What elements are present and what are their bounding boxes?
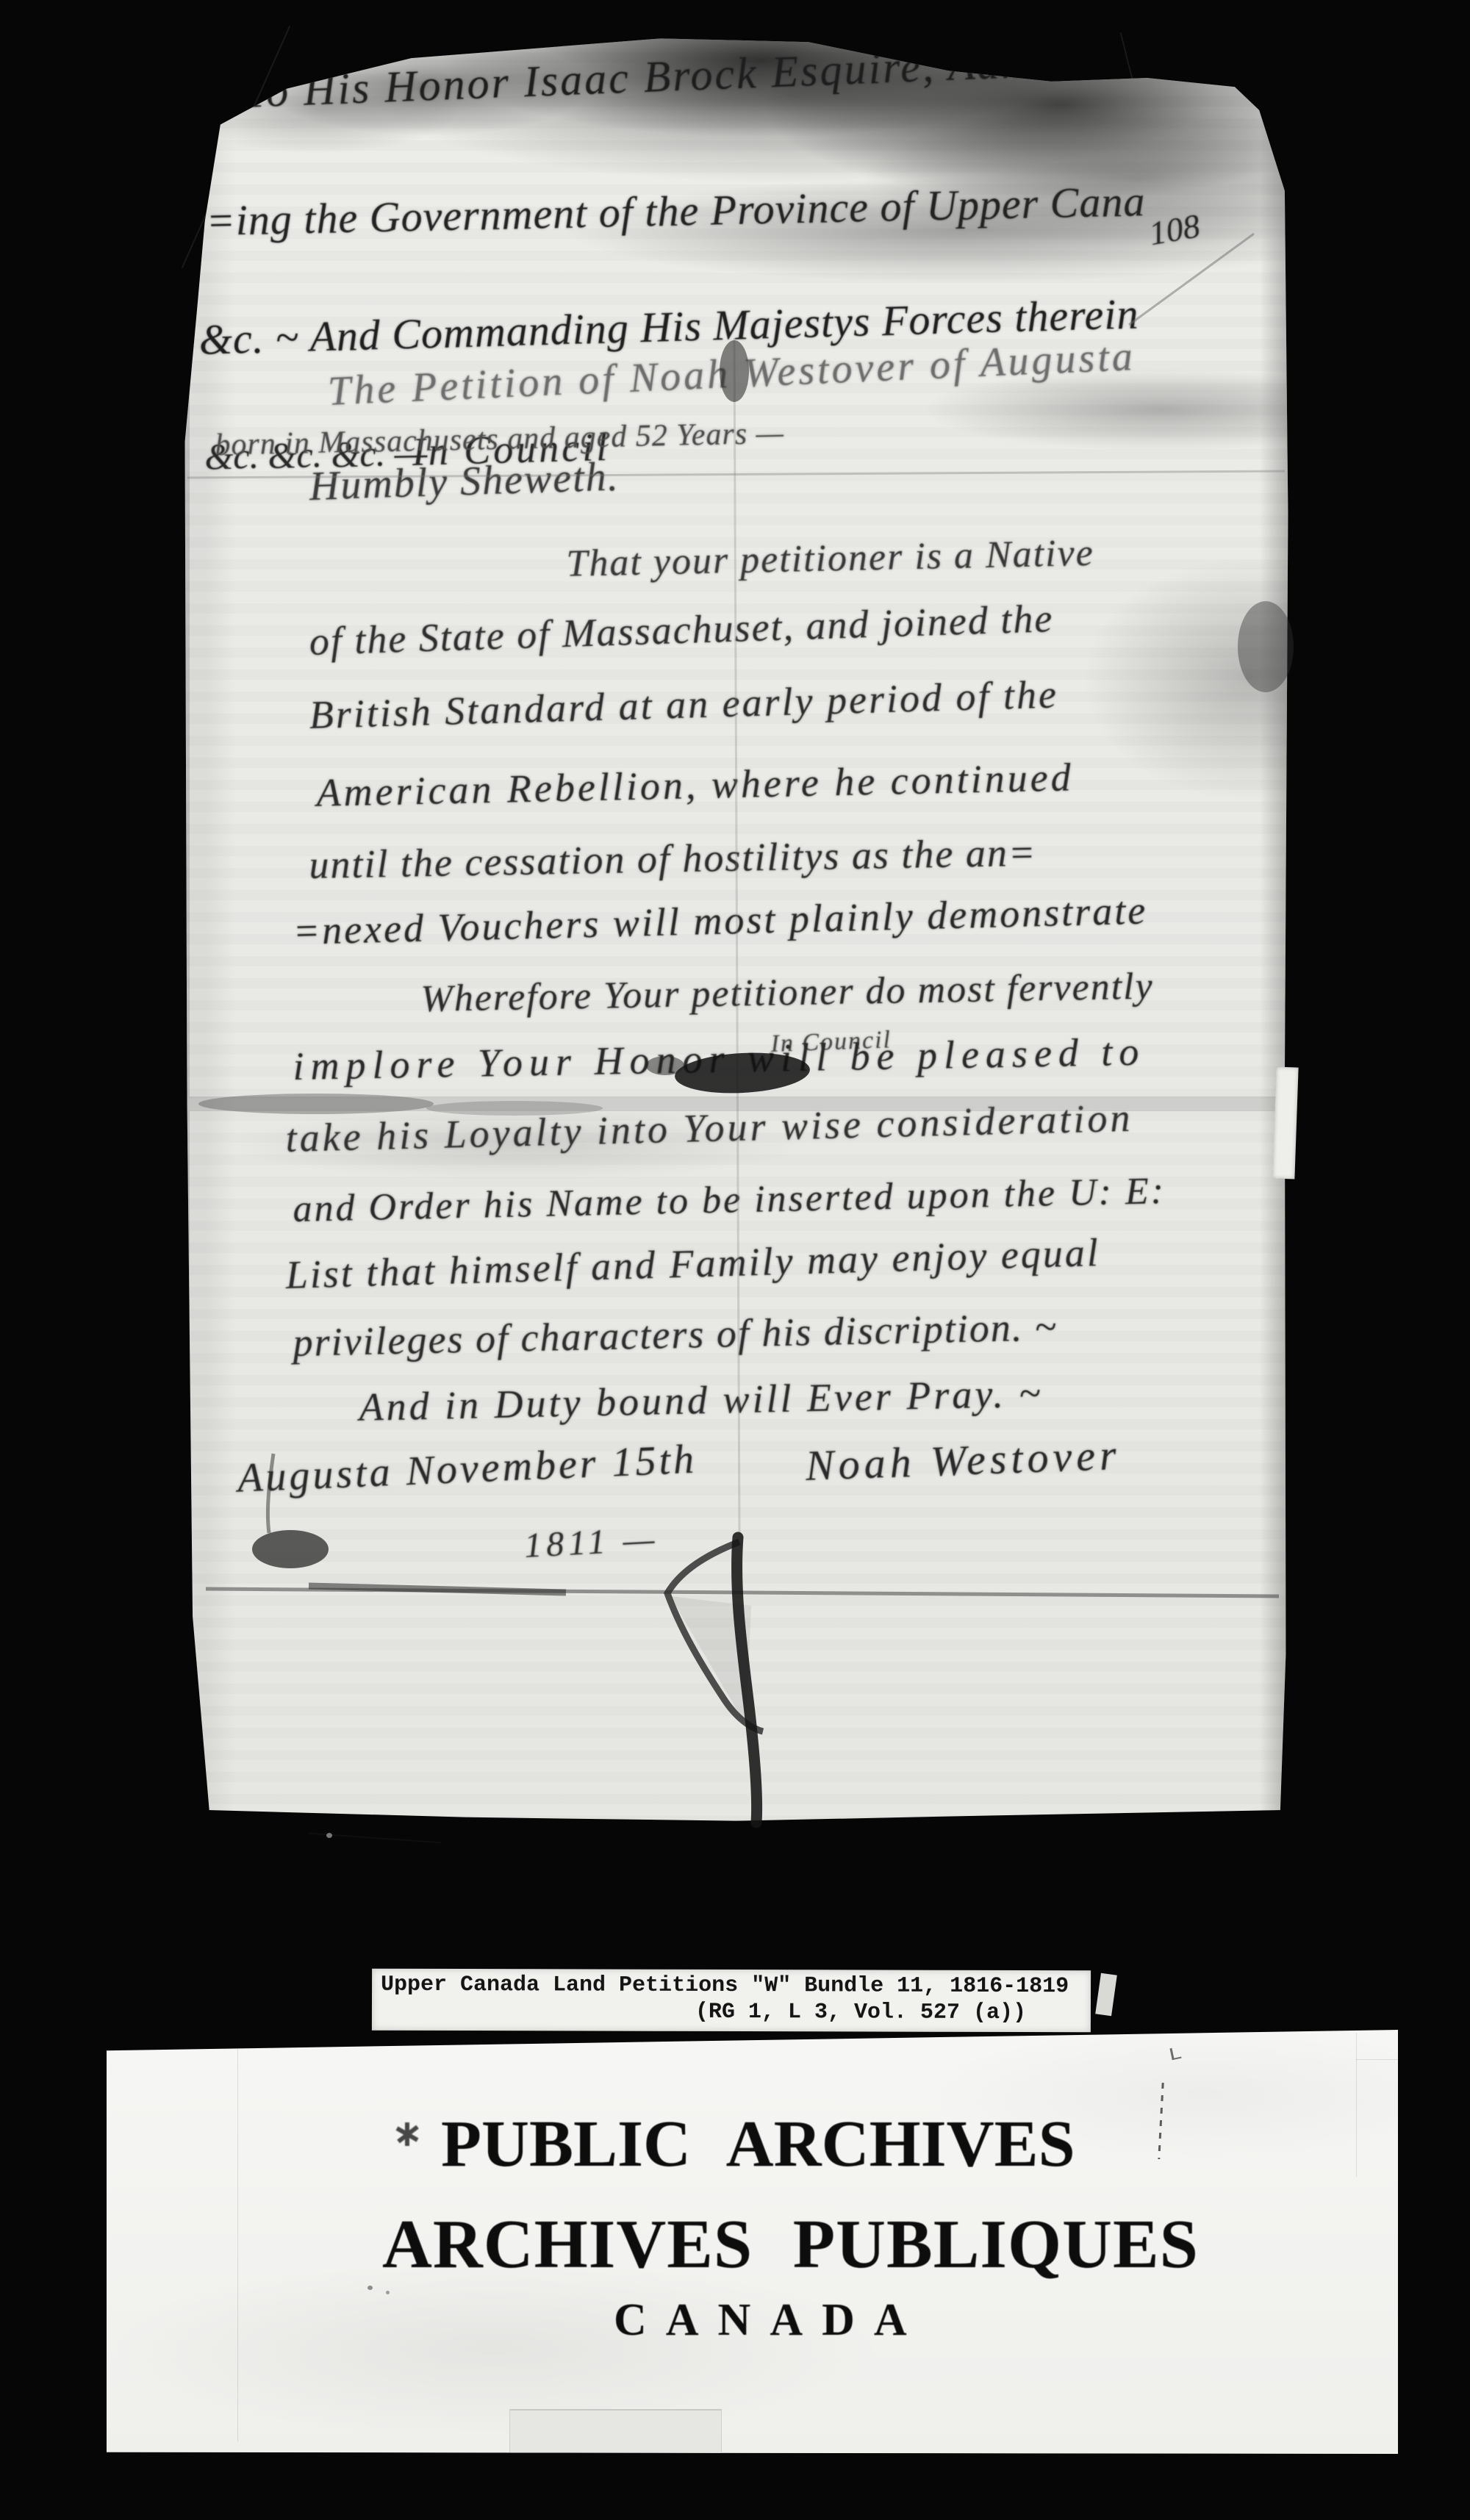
- microfilm-scan: To His Honor Isaac Brock Esquire, Admini…: [0, 0, 1470, 2520]
- handwritten-line-body-6: =nexed Vouchers will most plainly demons…: [293, 891, 1148, 951]
- signature: Noah Westover: [805, 1434, 1121, 1487]
- card-title-fr: ARCHIVES PUBLIQUES: [382, 2205, 1199, 2284]
- card-grey-tab: [509, 2409, 722, 2455]
- card-crease: [1356, 2059, 1398, 2060]
- handwritten-line-body-1: That your petitioner is a Native: [566, 534, 1094, 584]
- card-crease: [237, 2030, 238, 2441]
- handwritten-line-prayer-4: and Order his Name to be inserted upon t…: [293, 1172, 1166, 1229]
- handwritten-line-body-3: British Standard at an early period of t…: [309, 675, 1059, 735]
- pencil-tick-mark: [1169, 2047, 1181, 2060]
- typed-reference-label: Upper Canada Land Petitions "W" Bundle 1…: [372, 1969, 1091, 2033]
- handwritten-line-prayer-2: implore Your Honor will be pleased to: [293, 1032, 1146, 1086]
- card-crease: [1356, 2033, 1357, 2177]
- handwritten-line-prayer-1: Wherefore Your petitioner do most ferven…: [420, 968, 1154, 1019]
- dashed-pencil-mark: [1158, 2083, 1164, 2159]
- ink-dot: [367, 2286, 373, 2290]
- ink-dot: [386, 2291, 390, 2294]
- page-number: 108: [1147, 209, 1202, 251]
- handwritten-line-address-2: =ing the Government of the Province of U…: [206, 180, 1146, 243]
- tape-tab: [1272, 1067, 1298, 1180]
- handwritten-place-date: Augusta November 15th: [237, 1439, 698, 1499]
- handwritten-line-humbly-sheweth: Humbly Sheweth.: [309, 456, 620, 507]
- handwritten-line-address-1: To His Honor Isaac Brock Esquire, Admini…: [243, 35, 1181, 115]
- handwritten-year: 1811 —: [523, 1521, 659, 1564]
- handwritten-line-body-2: of the State of Massachuset, and joined …: [309, 598, 1054, 661]
- handwritten-line-body-4: American Rebellion, where he continued: [316, 757, 1074, 813]
- petition-page: To His Honor Isaac Brock Esquire, Admini…: [184, 33, 1294, 1826]
- reference-label-line-2: (RG 1, L 3, Vol. 527 (a)): [695, 2000, 1026, 2025]
- reference-label-line-1: Upper Canada Land Petitions "W" Bundle 1…: [381, 1972, 1069, 1999]
- film-speck: [326, 1833, 332, 1838]
- handwritten-line-prayer-6: privileges of characters of his discript…: [293, 1307, 1058, 1363]
- handwritten-line-born: born in Massachusets and aged 52 Years —: [215, 418, 784, 461]
- asterisk-mark-icon: [392, 2118, 423, 2150]
- handwritten-line-prayer-3: take his Loyalty into Your wise consider…: [285, 1098, 1133, 1158]
- card-title-en: PUBLIC ARCHIVES: [441, 2106, 1075, 2182]
- paper-fragment: [1095, 1973, 1117, 2017]
- handwritten-line-prayer-5: List that himself and Family may enjoy e…: [285, 1232, 1100, 1295]
- card-title-country: CANADA: [614, 2294, 926, 2347]
- handwritten-line-prayer-7: And in Duty bound will Ever Pray. ~: [359, 1374, 1044, 1427]
- archives-card: PUBLIC ARCHIVES ARCHIVES PUBLIQUES CANAD…: [107, 2030, 1398, 2454]
- handwritten-line-body-5: until the cessation of hostilitys as the…: [309, 833, 1037, 885]
